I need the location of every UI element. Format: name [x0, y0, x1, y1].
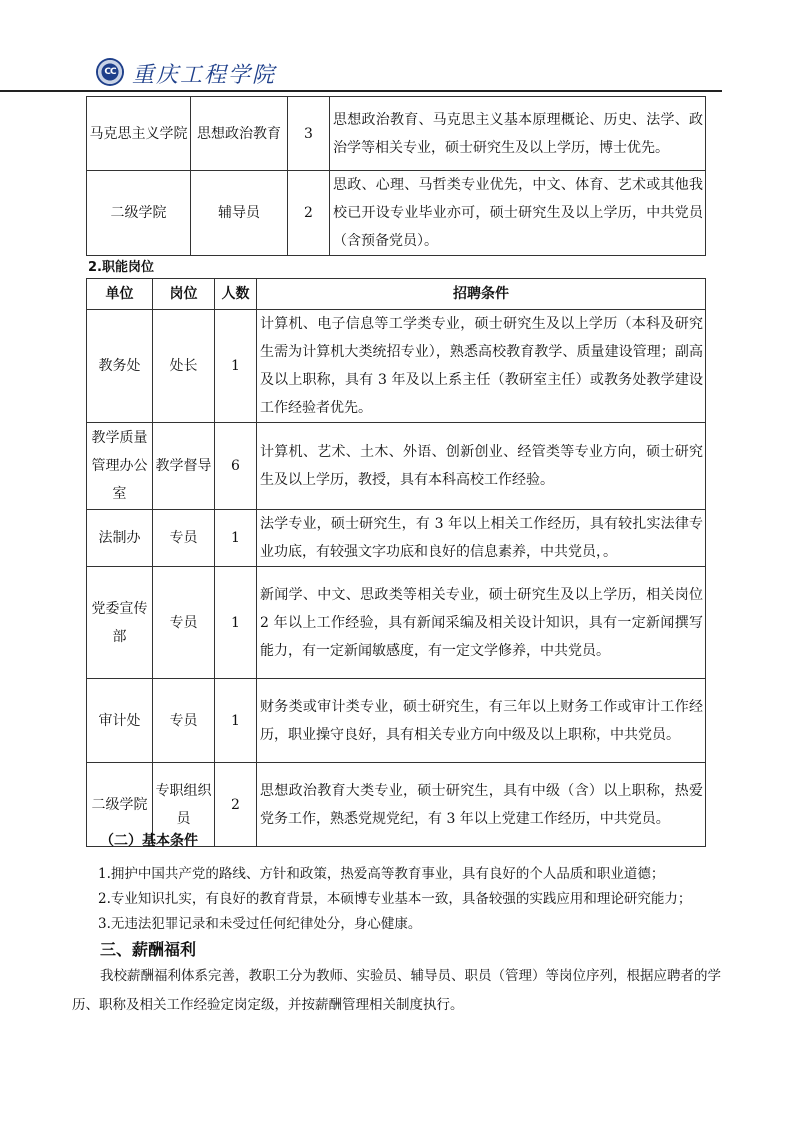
table-row: 教务处 处长 1 计算机、电子信息等工学类专业，硕士研究生及以上学历（本科及研究… — [87, 310, 706, 423]
condition-item: 1.拥护中国共产党的路线、方针和政策，热爱高等教育事业，具有良好的个人品质和职业… — [98, 862, 664, 882]
cell-count: 1 — [215, 679, 257, 763]
section-label-functional-positions: 2.职能岗位 — [88, 256, 154, 275]
cell-position: 思想政治教育 — [191, 97, 288, 171]
header-requirements: 招聘条件 — [257, 279, 706, 310]
cell-unit: 教务处 — [87, 310, 153, 423]
cell-requirements: 新闻学、中文、思政类等相关专业，硕士研究生及以上学历，相关岗位 2 年以上工作经… — [257, 567, 706, 679]
table-row: 党委宣传部 专员 1 新闻学、中文、思政类等相关专业，硕士研究生及以上学历，相关… — [87, 567, 706, 679]
cell-position: 处长 — [153, 310, 215, 423]
cell-requirements: 计算机、电子信息等工学类专业，硕士研究生及以上学历（本科及研究生需为计算机大类统… — [257, 310, 706, 423]
cell-count: 2 — [288, 171, 330, 256]
cell-count: 2 — [215, 763, 257, 847]
cell-requirements: 计算机、艺术、土木、外语、创新创业、经管类等专业方向，硕士研究生及以上学历，教授… — [257, 423, 706, 510]
header-count: 人数 — [215, 279, 257, 310]
header-divider — [0, 90, 722, 92]
functional-positions-table: 单位 岗位 人数 招聘条件 教务处 处长 1 计算机、电子信息等工学类专业，硕士… — [86, 278, 706, 847]
table-row: 法制办 专员 1 法学专业，硕士研究生，有 3 年以上相关工作经历，具有较扎实法… — [87, 510, 706, 567]
school-logo-icon: CC — [96, 58, 124, 86]
table-row: 二级学院 辅导员 2 思政、心理、马哲类专业优先，中文、体育、艺术或其他我校已开… — [87, 171, 706, 256]
table-row: 审计处 专员 1 财务类或审计类专业，硕士研究生，有三年以上财务工作或审计工作经… — [87, 679, 706, 763]
cell-requirements: 思想政治教育大类专业，硕士研究生，具有中级（含）以上职称，热爱党务工作，熟悉党规… — [257, 763, 706, 847]
cell-count: 3 — [288, 97, 330, 171]
basic-conditions-heading: （二）基本条件 — [100, 830, 198, 850]
salary-heading: 三、薪酬福利 — [100, 937, 196, 960]
cell-position: 专员 — [153, 510, 215, 567]
cell-count: 1 — [215, 567, 257, 679]
condition-item: 3.无违法犯罪记录和未受过任何纪律处分，身心健康。 — [98, 912, 421, 932]
cell-unit: 教学质量管理办公室 — [87, 423, 153, 510]
cell-requirements: 财务类或审计类专业，硕士研究生，有三年以上财务工作或审计工作经历，职业操守良好，… — [257, 679, 706, 763]
cell-unit: 马克思主义学院 — [87, 97, 191, 171]
logo-text: CC — [104, 67, 115, 77]
cell-unit: 法制办 — [87, 510, 153, 567]
cell-position: 辅导员 — [191, 171, 288, 256]
cell-requirements: 法学专业，硕士研究生，有 3 年以上相关工作经历，具有较扎实法律专业功底，有较强… — [257, 510, 706, 567]
table-header-row: 单位 岗位 人数 招聘条件 — [87, 279, 706, 310]
cell-unit: 党委宣传部 — [87, 567, 153, 679]
cell-position: 教学督导 — [153, 423, 215, 510]
header-position: 岗位 — [153, 279, 215, 310]
table-row: 教学质量管理办公室 教学督导 6 计算机、艺术、土木、外语、创新创业、经管类等专… — [87, 423, 706, 510]
salary-paragraph: 我校薪酬福利体系完善，教职工分为教师、实验员、辅导员、职员（管理）等岗位序列，根… — [72, 962, 724, 1020]
condition-item: 2.专业知识扎实，有良好的教育背景，本硕博专业基本一致，具备较强的实践应用和理论… — [98, 887, 691, 907]
cell-requirements: 思政、心理、马哲类专业优先，中文、体育、艺术或其他我校已开设专业毕业亦可，硕士研… — [330, 171, 706, 256]
cell-position: 专员 — [153, 567, 215, 679]
page-header: CC 重庆工程学院 — [0, 0, 793, 92]
cell-requirements: 思想政治教育、马克思主义基本原理概论、历史、法学、政治学等相关专业，硕士研究生及… — [330, 97, 706, 171]
table-row: 马克思主义学院 思想政治教育 3 思想政治教育、马克思主义基本原理概论、历史、法… — [87, 97, 706, 171]
cell-count: 1 — [215, 310, 257, 423]
cell-count: 6 — [215, 423, 257, 510]
cell-unit: 审计处 — [87, 679, 153, 763]
cell-count: 1 — [215, 510, 257, 567]
cell-unit: 二级学院 — [87, 171, 191, 256]
cell-position: 专员 — [153, 679, 215, 763]
header-unit: 单位 — [87, 279, 153, 310]
teaching-positions-table: 马克思主义学院 思想政治教育 3 思想政治教育、马克思主义基本原理概论、历史、法… — [86, 96, 706, 256]
school-name: 重庆工程学院 — [132, 58, 276, 89]
